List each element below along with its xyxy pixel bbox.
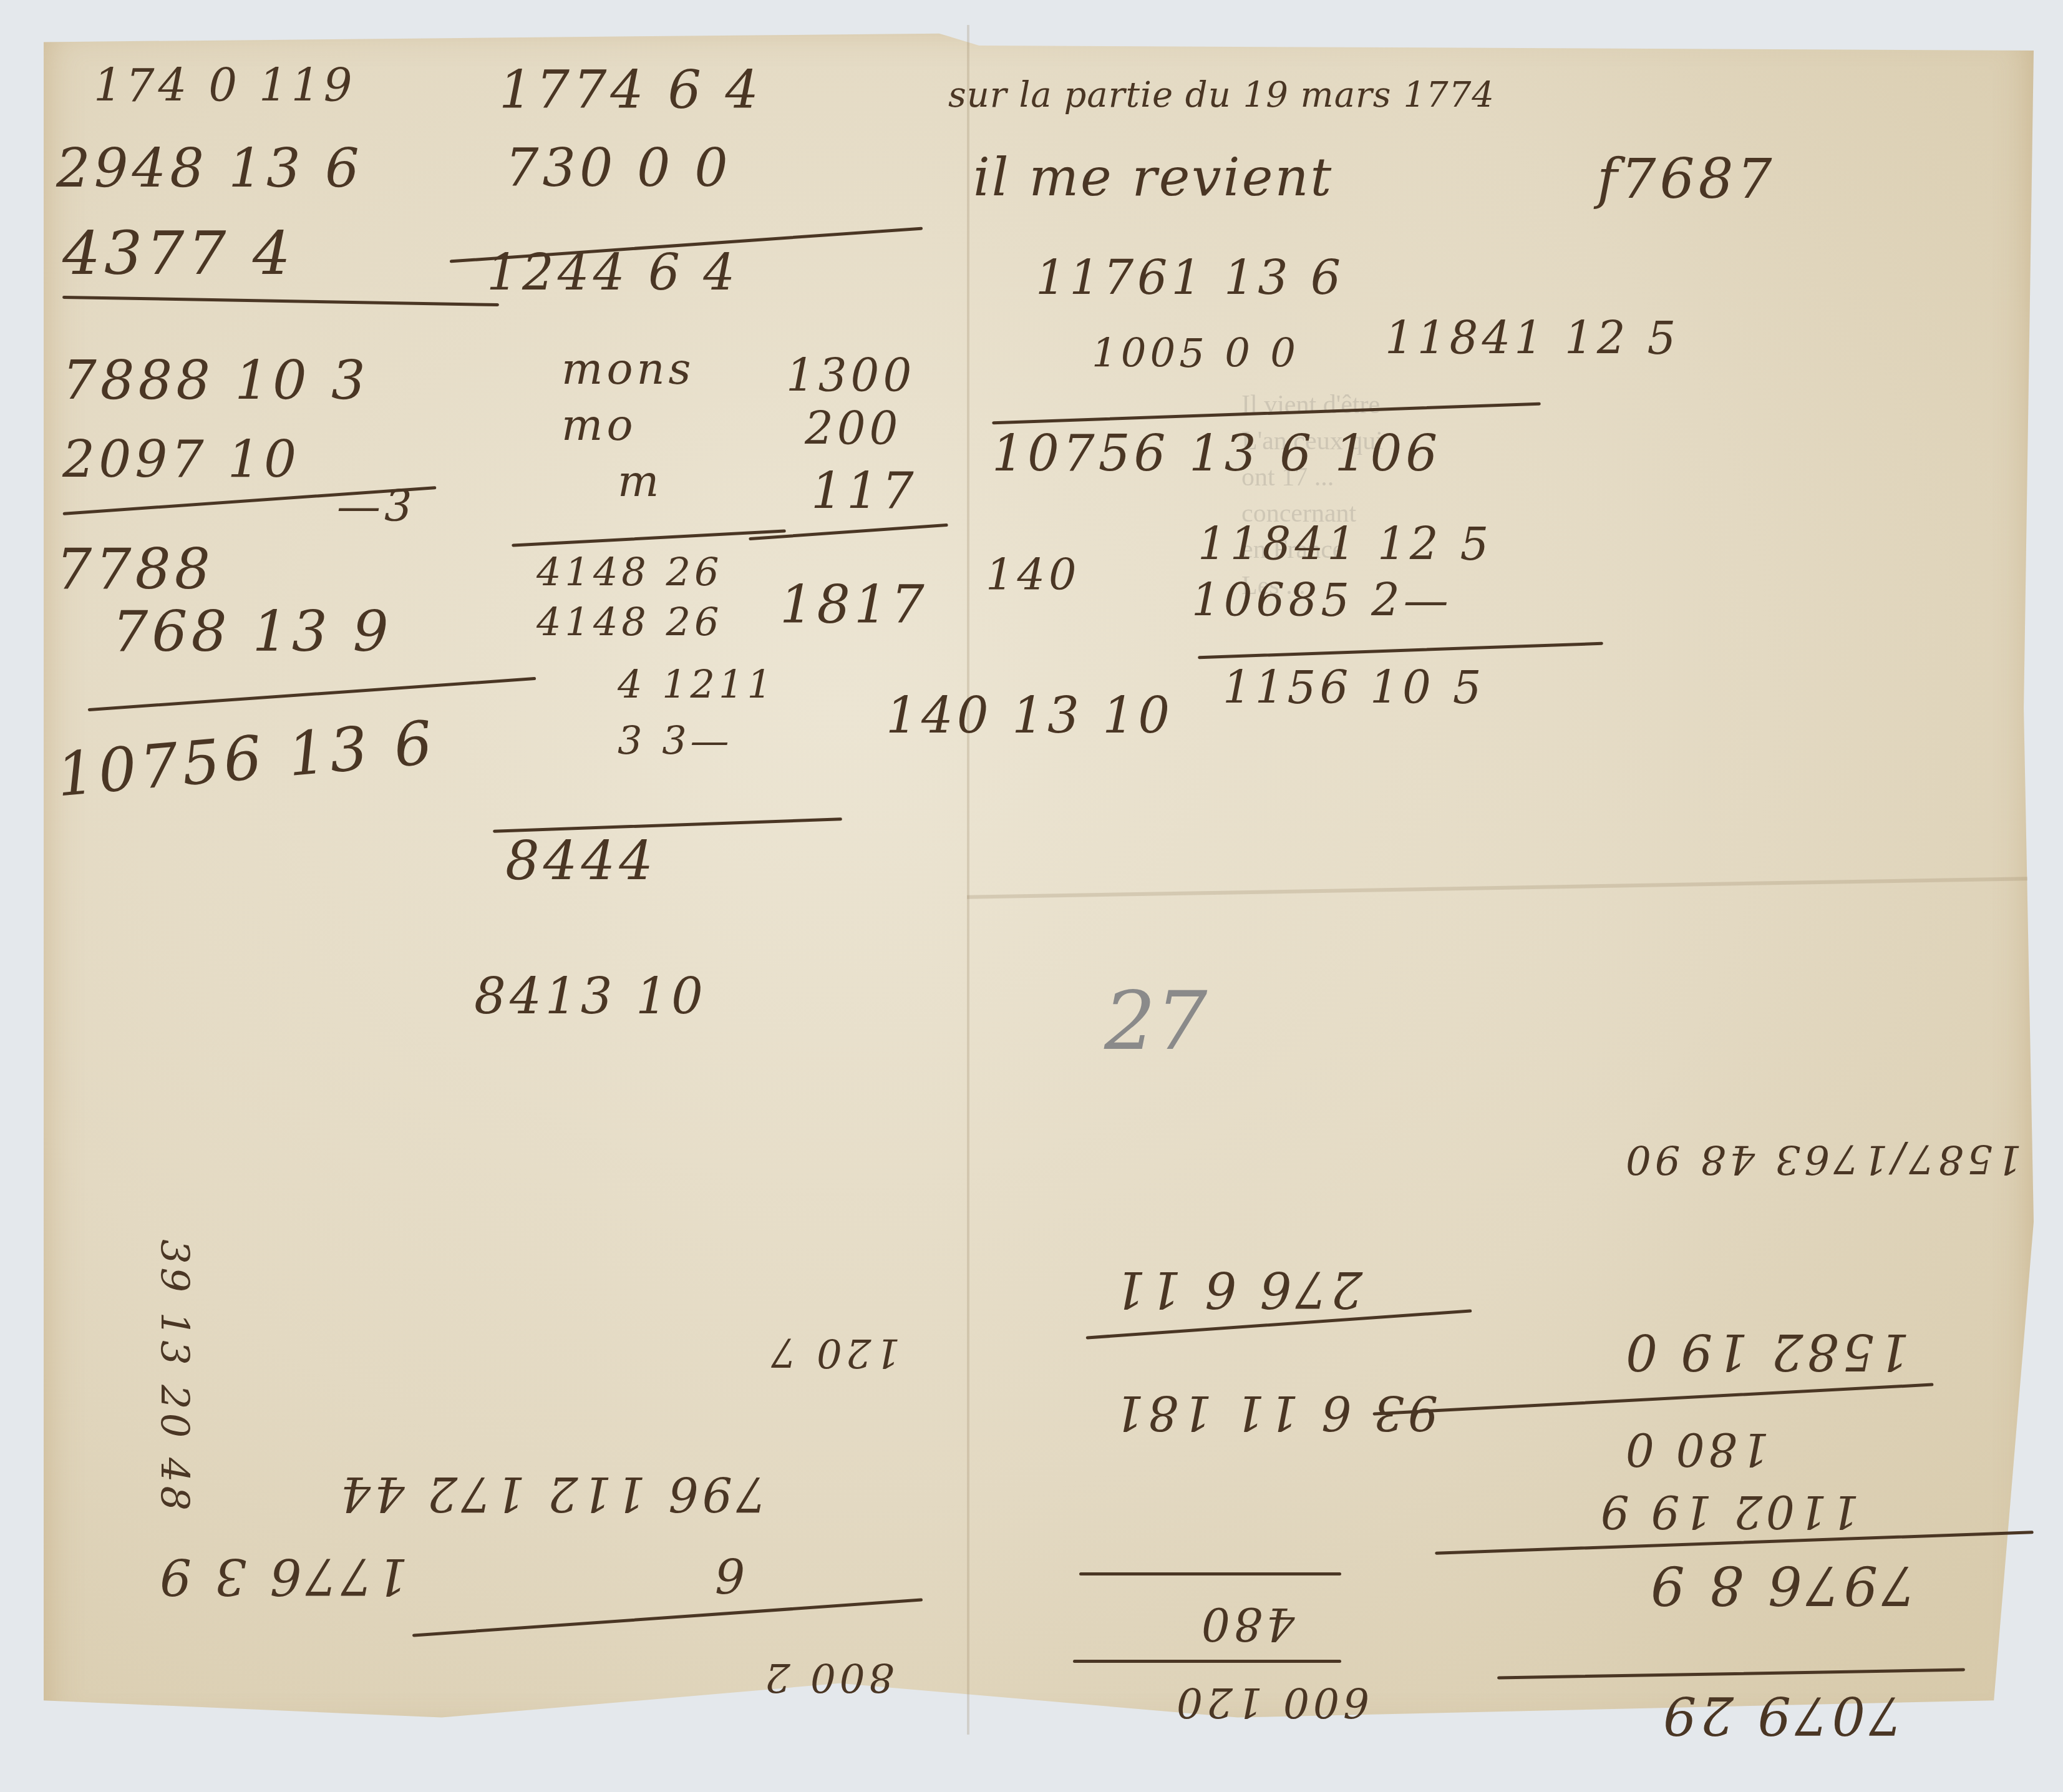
left-row-5: 2097 10 xyxy=(62,431,300,490)
inverted-right-5: 180 0 xyxy=(1622,1423,1769,1475)
right-row-9: 1156 10 5 xyxy=(1223,661,1485,714)
middle-label-1: mons xyxy=(561,343,695,394)
middle-label-2: mo xyxy=(561,399,637,450)
right-row-6: 11841 12 5 xyxy=(1198,518,1492,570)
middle-top-3: 1244 6 4 xyxy=(487,243,739,301)
inverted-right-10: 7079 29 xyxy=(1659,1685,1902,1746)
middle-subtotal-2: 4148 26 xyxy=(536,599,722,645)
header-amount: f7687 xyxy=(1597,147,1776,211)
left-row-3: 4377 4 xyxy=(62,218,294,288)
right-row-2: 1005 0 0 xyxy=(1092,331,1299,377)
middle-subtotal-5: 3 3— xyxy=(618,718,733,763)
middle-subtotal-1: 4148 26 xyxy=(536,549,722,595)
middle-subtotal-3: 1817 xyxy=(780,574,928,635)
middle-subtotal-6: 8444 xyxy=(505,830,657,892)
rule xyxy=(1073,1660,1341,1663)
middle-value-1: 1300 xyxy=(786,349,915,402)
right-row-7: 10685 2— xyxy=(1192,574,1452,626)
inverted-right-4: 93 6 11 181 xyxy=(1110,1385,1438,1441)
right-row-3: 11841 12 5 xyxy=(1385,312,1679,364)
inverted-left-4: 120 7 xyxy=(767,1329,900,1375)
right-row-8: 140 13 10 xyxy=(886,686,1173,744)
inverted-right-8: 480 xyxy=(1198,1597,1294,1650)
left-row-2: 2948 13 6 xyxy=(56,137,363,200)
inverted-left-1: 39 13 20 48 xyxy=(152,1239,198,1514)
middle-subtotal-7: 8413 10 xyxy=(474,967,707,1025)
rule xyxy=(1079,1572,1341,1575)
middle-top-1: 1774 6 4 xyxy=(499,59,762,120)
inverted-left-6: 800 2 xyxy=(761,1653,894,1700)
inverted-left-5: 6 xyxy=(711,1547,745,1603)
inverted-right-7: 7976 8 9 xyxy=(1647,1554,1916,1616)
inverted-right-3: 1582 19 0 xyxy=(1622,1323,1910,1381)
header-line1: sur la partie du 19 mars 1774 xyxy=(948,75,1495,115)
inverted-left-2: 1776 3 9 xyxy=(156,1547,408,1605)
middle-value-2: 200 xyxy=(805,402,901,455)
left-row-4: 7888 10 3 xyxy=(62,349,369,412)
left-row-1: 174 0 119 xyxy=(94,59,356,112)
inverted-right-1: 1587/1763 48 90 xyxy=(1622,1136,2022,1182)
pencil-number: 27 xyxy=(1104,973,1207,1068)
inverted-left-3: 796 112 172 44 xyxy=(337,1466,766,1522)
middle-value-3: 117 xyxy=(811,462,918,520)
bleed-through-text: Il vient d'être L'an ceux qui ont 17 ...… xyxy=(1241,387,1383,604)
middle-subtotal-4: 4 1211 xyxy=(618,661,775,707)
inverted-right-6: 1102 19 9 xyxy=(1597,1485,1859,1537)
fold-line-vertical xyxy=(967,25,969,1735)
right-row-5: 140 xyxy=(986,549,1080,600)
header-line2: il me revient xyxy=(973,147,1333,208)
middle-top-2: 730 0 0 xyxy=(505,137,732,198)
inverted-right-9: 600 120 xyxy=(1173,1678,1369,1726)
inverted-right-2: 276 6 11 xyxy=(1110,1260,1362,1318)
left-row-8: 768 13 9 xyxy=(112,599,392,665)
right-row-4: 10756 13 6 106 xyxy=(992,424,1441,482)
right-row-1: 11761 13 6 xyxy=(1036,250,1344,305)
left-row-7: 7788 xyxy=(56,537,214,602)
left-row-6: —3 xyxy=(337,480,416,532)
middle-label-3: m xyxy=(618,455,663,507)
